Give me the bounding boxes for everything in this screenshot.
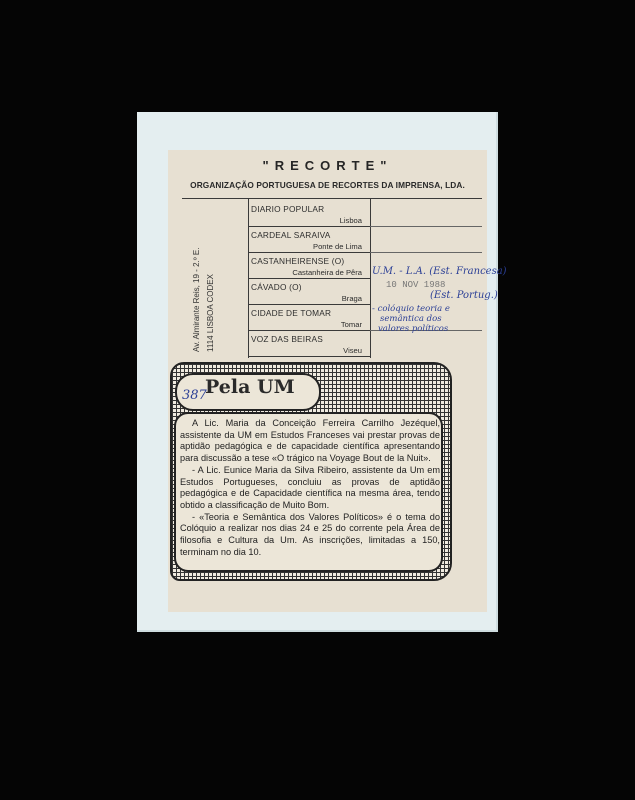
date-stamp: 10 NOV 1988	[386, 280, 445, 290]
address-city: 1114 LISBOA CODEX	[204, 248, 218, 352]
handwritten-note-line5: valores políticos	[378, 324, 448, 334]
press-clipping: "RECORTE" ORGANIZAÇÃO PORTUGUESA DE RECO…	[168, 150, 487, 612]
agency-title: "RECORTE"	[168, 158, 487, 173]
article-body: A Lic. Maria da Conceição Ferreira Carri…	[180, 418, 440, 558]
column-divider-right	[370, 198, 371, 358]
handwritten-note-line2: (Est. Portug.)	[430, 290, 498, 301]
agency-subtitle: ORGANIZAÇÃO PORTUGUESA DE RECORTES DA IM…	[168, 180, 487, 190]
handwritten-note-line3: - colóquio teoria e	[372, 304, 450, 314]
clipping-number: 387	[182, 388, 207, 403]
handwritten-note-line1: U.M. - L.A. (Est. Francesa)	[372, 266, 507, 277]
agency-address: Av. Almirante Reis, 19 - 2.º E. 1114 LIS…	[190, 248, 218, 352]
article-frame: Pela UM 387 A Lic. Maria da Conceição Fe…	[170, 362, 452, 581]
article-paragraph: - «Teoria e Semântica dos Valores Políti…	[180, 512, 440, 559]
header-rule	[182, 198, 482, 199]
article-body-box: A Lic. Maria da Conceição Ferreira Carri…	[174, 412, 443, 572]
article-headline: Pela UM	[205, 376, 295, 398]
article-paragraph: A Lic. Maria da Conceição Ferreira Carri…	[180, 418, 440, 465]
address-street: Av. Almirante Reis, 19 - 2.º E.	[190, 248, 204, 352]
article-paragraph: - A Lic. Eunice Maria da Silva Ribeiro, …	[180, 465, 440, 512]
handwritten-note-line4: semântica dos	[380, 314, 442, 324]
